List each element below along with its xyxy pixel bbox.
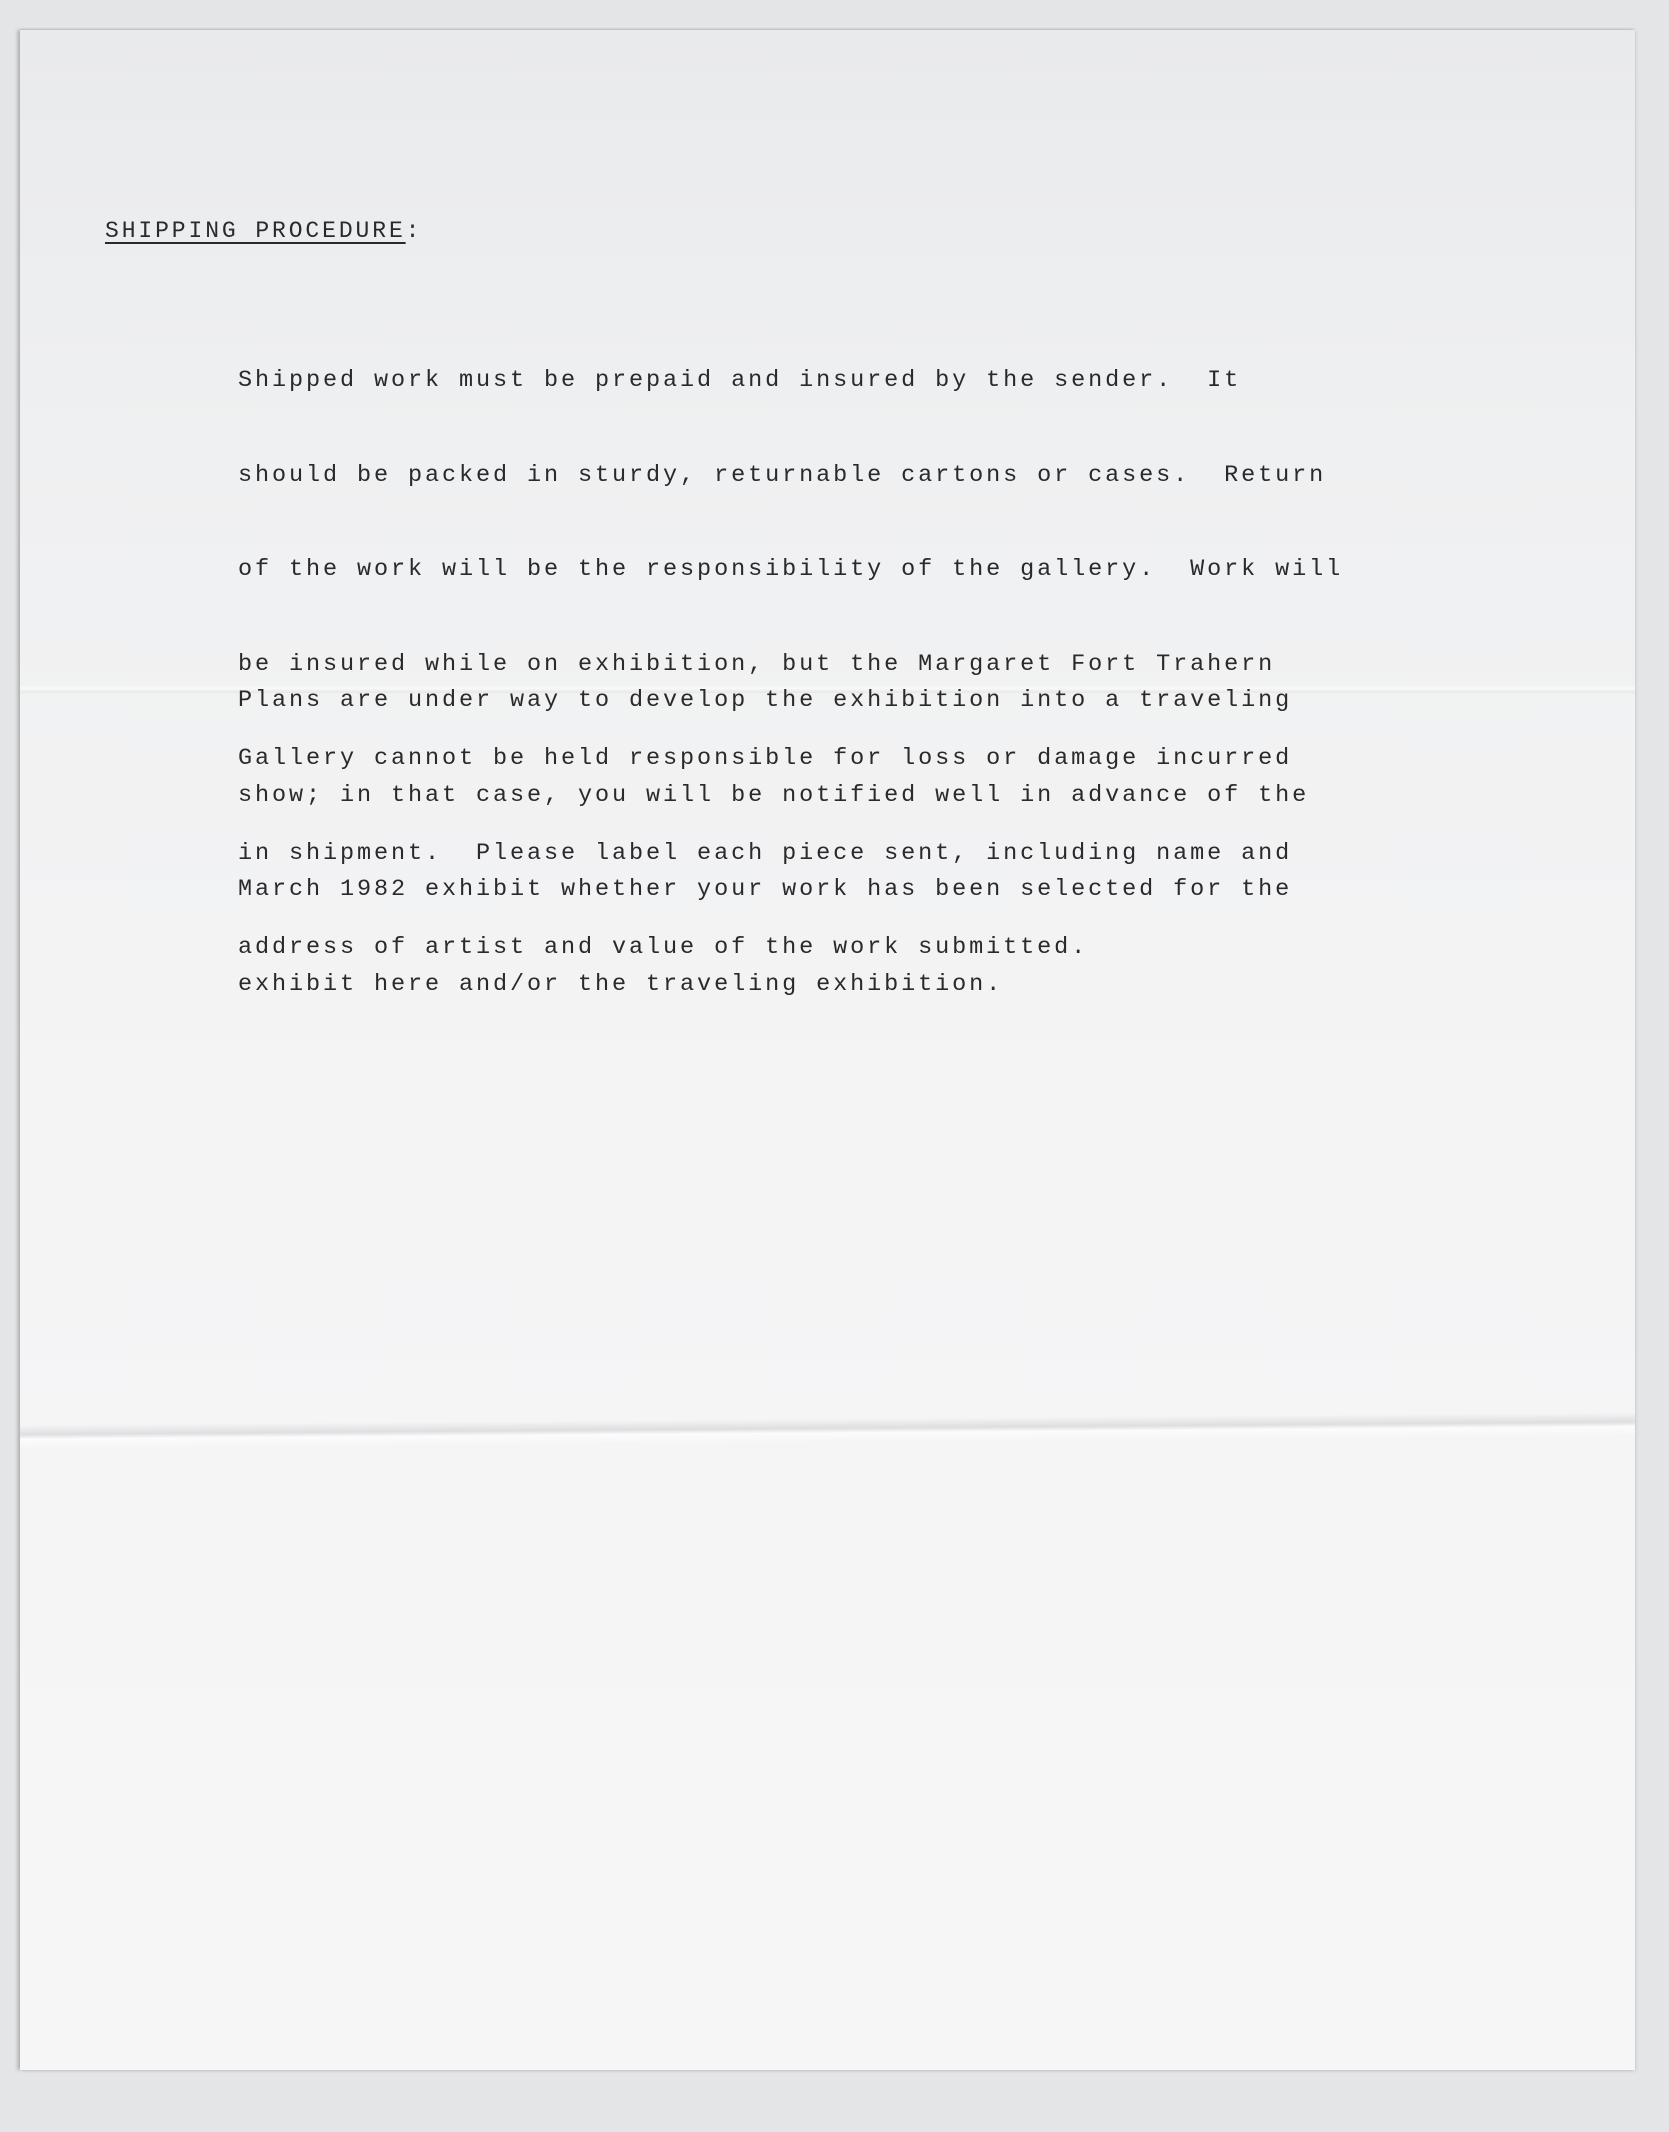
- text-line: Plans are under way to develop the exhib…: [238, 685, 1309, 717]
- text-line: show; in that case, you will be notified…: [238, 780, 1309, 812]
- text-line: of the work will be the responsibility o…: [238, 554, 1343, 586]
- traveling-exhibition-paragraph: Plans are under way to develop the exhib…: [238, 622, 1309, 1032]
- text-line: March 1982 exhibit whether your work has…: [238, 874, 1309, 906]
- section-heading-label: SHIPPING PROCEDURE: [105, 218, 406, 244]
- section-heading-colon: :: [406, 218, 423, 244]
- section-heading: SHIPPING PROCEDURE:: [105, 218, 422, 244]
- text-line: exhibit here and/or the traveling exhibi…: [238, 969, 1309, 1001]
- text-line: Shipped work must be prepaid and insured…: [238, 365, 1343, 397]
- text-line: should be packed in sturdy, returnable c…: [238, 460, 1343, 492]
- paper-fold-crease: [20, 1412, 1635, 1449]
